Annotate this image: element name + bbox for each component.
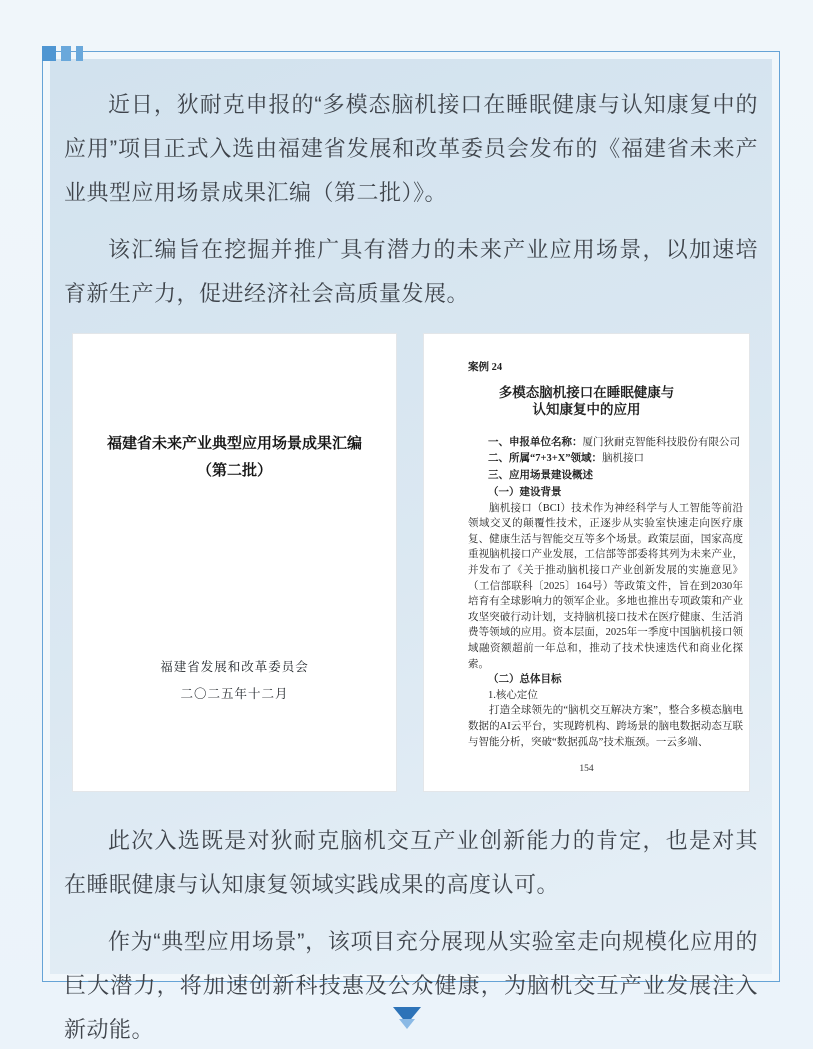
- cover-date: 二〇二五年十二月: [73, 681, 396, 708]
- case-title: 多模态脑机接口在睡眠健康与 认知康复中的应用: [434, 384, 739, 418]
- deco-square-icon: [61, 46, 71, 61]
- closing-paragraph-1: 此次入选既是对狄耐克脑机交互产业创新能力的肯定，也是对其在睡眠健康与认知康复领域…: [64, 819, 758, 907]
- case-section1-body: 脑机接口（BCI）技术作为神经科学与人工智能等前沿领域交叉的颠覆性技术，正逐步从…: [468, 501, 743, 673]
- compilation-cover-image[interactable]: 福建省未来产业典型应用场景成果汇编 （第二批） 福建省发展和改革委员会 二〇二五…: [72, 333, 397, 792]
- closing-paragraph-2: 作为“典型应用场景”，该项目充分展现从实验室走向规模化应用的巨大潜力，将加速创新…: [64, 920, 758, 1049]
- case-page-number: 154: [424, 764, 749, 774]
- case-section2-subheading: 1.核心定位: [468, 688, 743, 704]
- case-section2-heading: （二）总体目标: [468, 672, 743, 688]
- cover-footer: 福建省发展和改革委员会 二〇二五年十二月: [73, 654, 396, 708]
- article-card: 近日，狄耐克申报的“多模态脑机接口在睡眠健康与认知康复中的应用”项目正式入选由福…: [42, 51, 780, 982]
- cover-title-line2: （第二批）: [79, 458, 390, 485]
- intro-paragraph-1: 近日，狄耐克申报的“多模态脑机接口在睡眠健康与认知康复中的应用”项目正式入选由福…: [64, 83, 758, 215]
- cover-title: 福建省未来产业典型应用场景成果汇编 （第二批）: [79, 431, 390, 485]
- case-body: （一）建设背景 脑机接口（BCI）技术作为神经科学与人工智能等前沿领域交叉的颠覆…: [468, 485, 743, 750]
- article-panel: 近日，狄耐克申报的“多模态脑机接口在睡眠健康与认知康复中的应用”项目正式入选由福…: [50, 59, 772, 974]
- case-item-overview: 三、应用场景建设概述: [468, 468, 741, 484]
- case-title-line1: 多模态脑机接口在睡眠健康与: [434, 384, 739, 401]
- case-page-image[interactable]: 案例 24 多模态脑机接口在睡眠健康与 认知康复中的应用 一、申报单位名称：厦门…: [423, 333, 750, 792]
- case-item-applicant: 一、申报单位名称：厦门狄耐克智能科技股份有限公司: [468, 435, 741, 451]
- case-title-line2: 认知康复中的应用: [434, 401, 739, 418]
- case-section1-heading: （一）建设背景: [468, 485, 743, 501]
- double-down-arrow-icon: [393, 1007, 421, 1029]
- case-item-field: 二、所属“7+3+X”领域：脑机接口: [468, 451, 741, 467]
- cover-publisher: 福建省发展和改革委员会: [73, 654, 396, 681]
- case-meta-items: 一、申报单位名称：厦门狄耐克智能科技股份有限公司 二、所属“7+3+X”领域：脑…: [468, 435, 741, 484]
- down-triangle-small-icon: [399, 1019, 415, 1029]
- intro-paragraph-2: 该汇编旨在挖掘并推广具有潜力的未来产业应用场景，以加速培育新生产力，促进经济社会…: [64, 228, 758, 316]
- deco-square-icon: [42, 46, 56, 61]
- deco-square-icon: [76, 46, 83, 61]
- cover-title-line1: 福建省未来产业典型应用场景成果汇编: [79, 431, 390, 458]
- accent-squares-decoration: [42, 46, 83, 61]
- case-section2-body: 打造全球领先的“脑机交互解决方案”，整合多模态脑电数据的AI云平台，实现跨机构、…: [468, 703, 743, 750]
- case-number-label: 案例 24: [468, 359, 502, 374]
- document-images-row: 福建省未来产业典型应用场景成果汇编 （第二批） 福建省发展和改革委员会 二〇二五…: [64, 333, 758, 792]
